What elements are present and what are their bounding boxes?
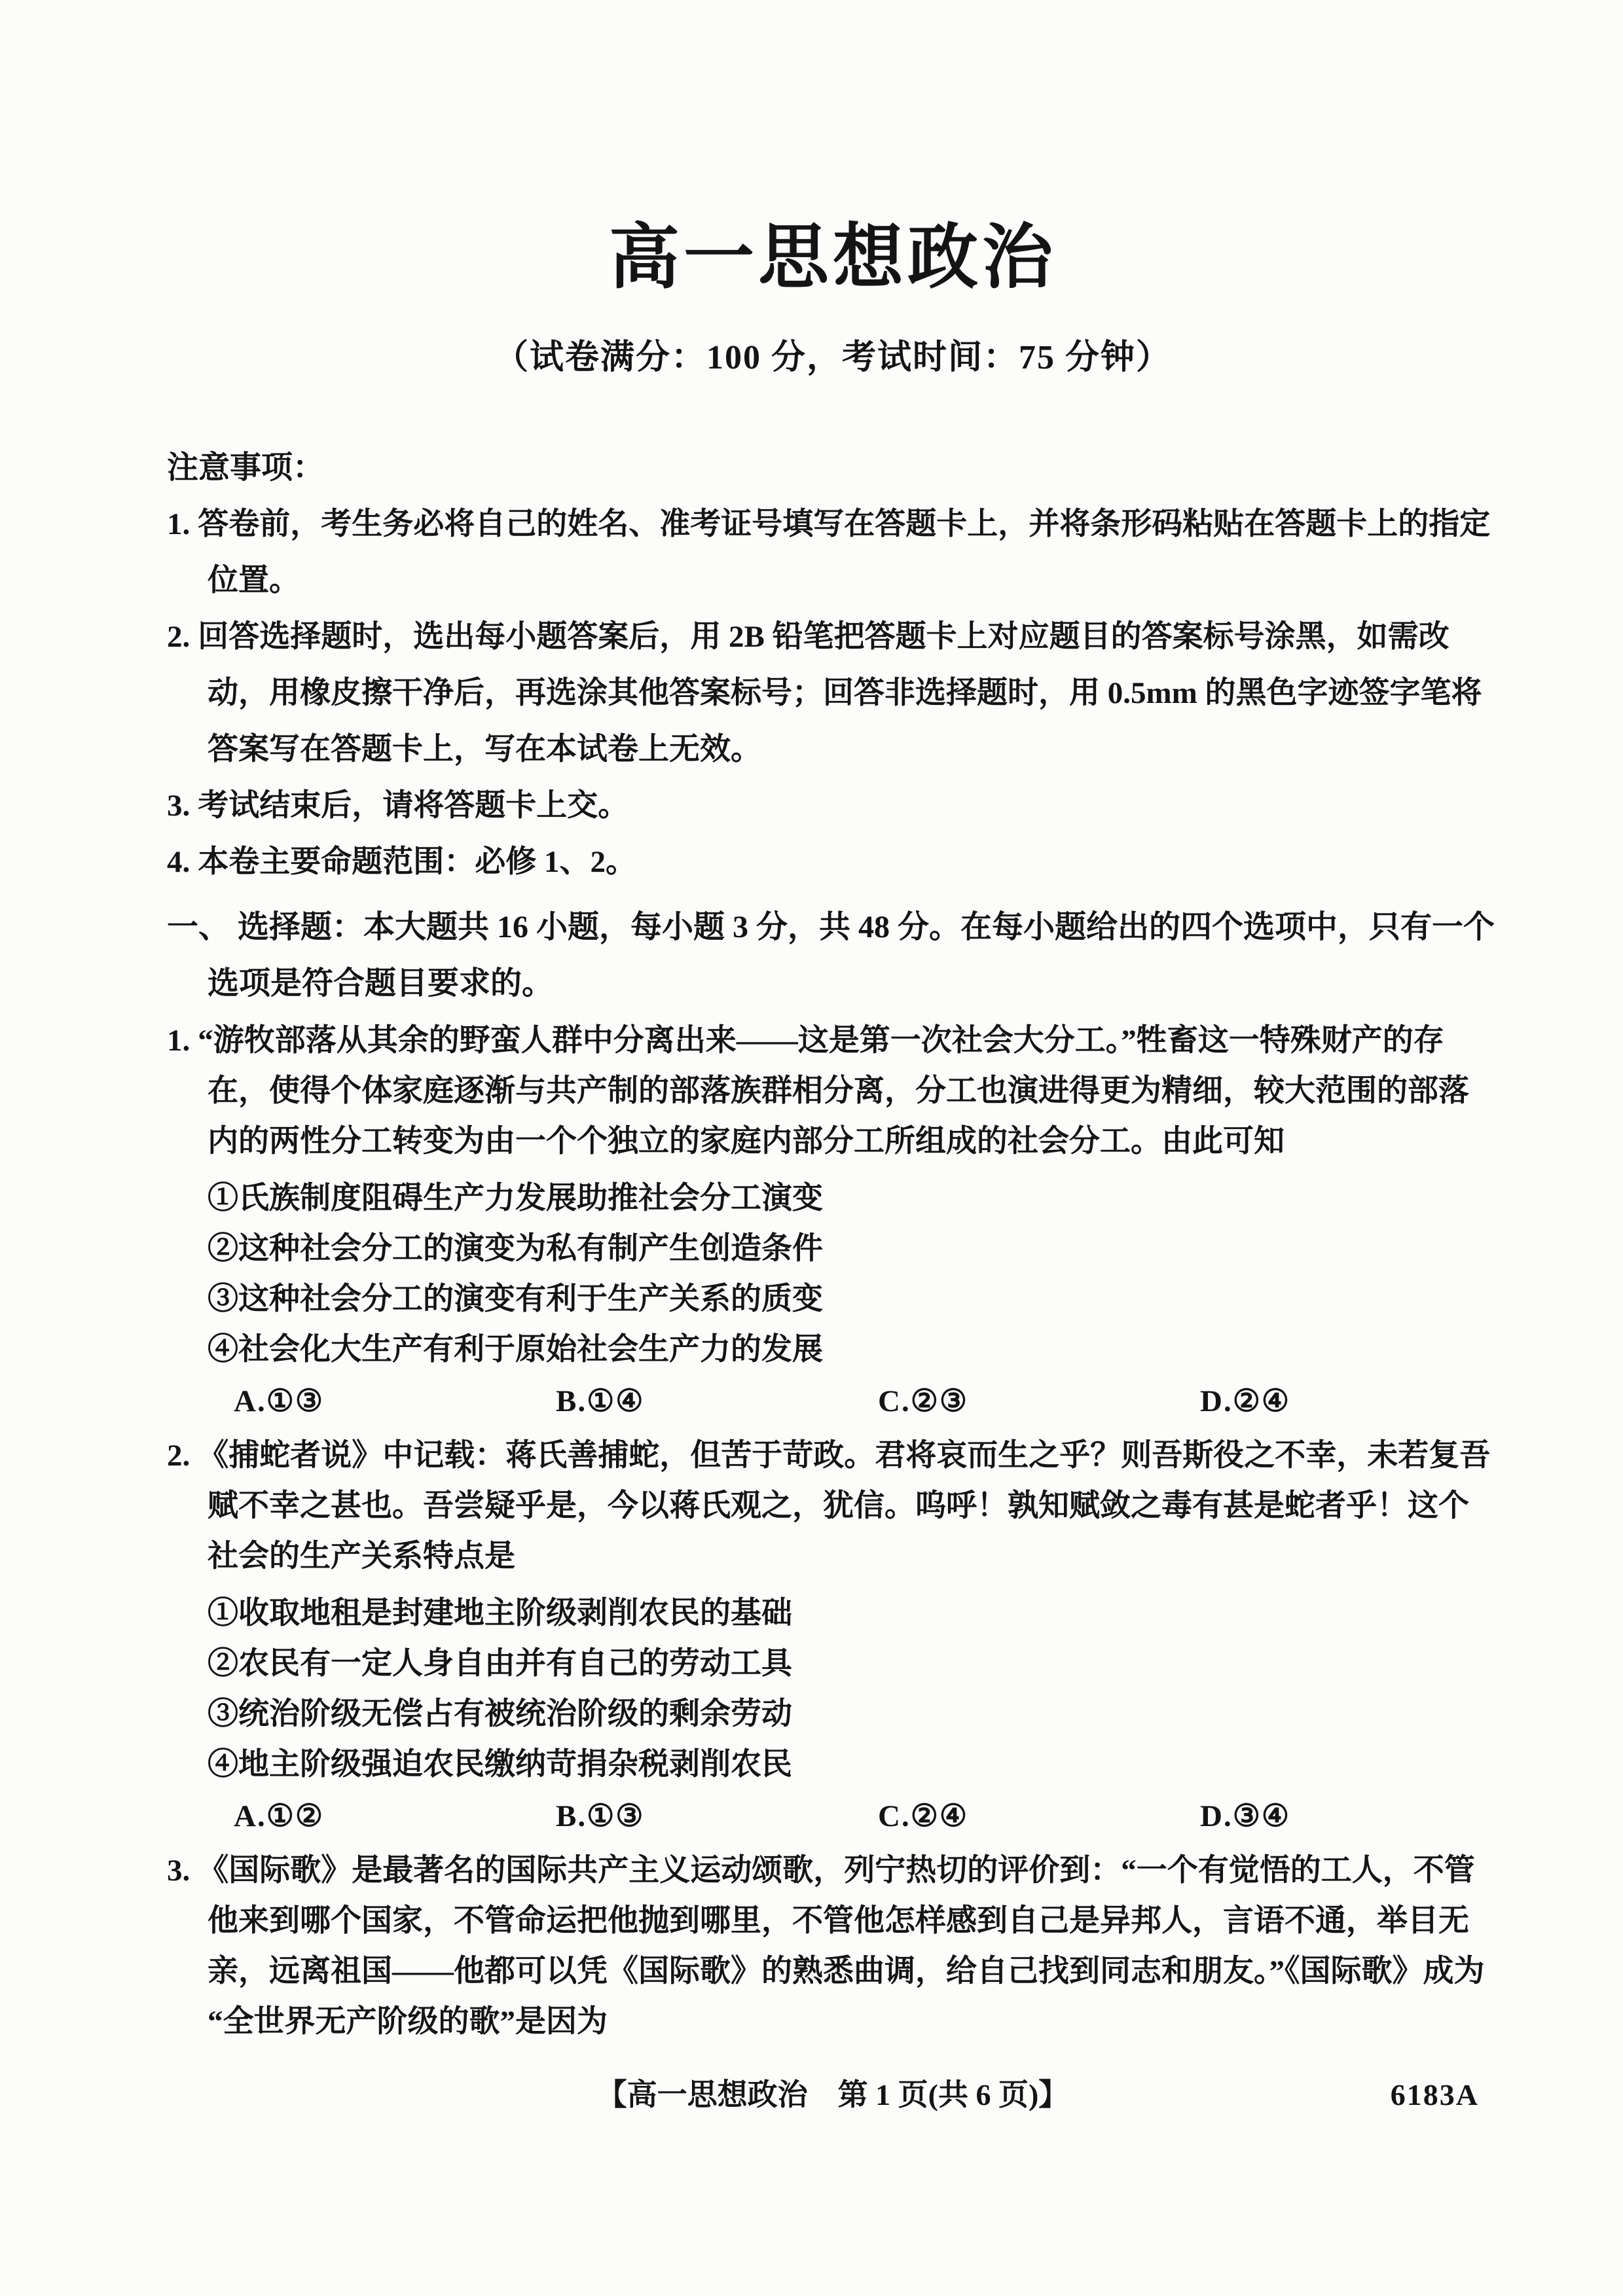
footer-paper-code: 6183A (1391, 2075, 1479, 2115)
option-b: B.①③ (556, 1791, 878, 1842)
question-number: 3. (167, 1854, 190, 1888)
note-item: 1.答卷前，考生务必将自己的姓名、准考证号填写在答题卡上，并将条形码粘贴在答题卡… (167, 496, 1499, 609)
question-stem: “游牧部落从其余的野蛮人群中分离出来——这是第一次社会大分工。”牲畜这一特殊财产… (198, 1024, 1469, 1158)
exam-meta-line: （试卷满分：100 分，考试时间：75 分钟） (167, 335, 1499, 381)
note-item: 4.本卷主要命题范围：必修 1、2。 (167, 834, 1499, 890)
option-a: A.①② (234, 1791, 556, 1842)
question-1-options: A.①③ B.①④ C.②③ D.②④ (167, 1376, 1499, 1427)
statement: ③这种社会分工的演变有利于生产关系的质变 (167, 1274, 1499, 1325)
note-item: 3.考试结束后，请将答题卡上交。 (167, 778, 1499, 834)
question-1-statements: ①氏族制度阻碍生产力发展助推社会分工演变 ②这种社会分工的演变为私有制产生创造条… (167, 1174, 1499, 1375)
question-number: 2. (167, 1439, 190, 1473)
question-2-options: A.①② B.①③ C.②④ D.③④ (167, 1791, 1499, 1842)
exam-paper-page: 高一思想政治 （试卷满分：100 分，考试时间：75 分钟） 注意事项： 1.答… (0, 0, 1623, 2296)
note-number: 4. (167, 845, 190, 879)
statement: ③统治阶级无偿占有被统治阶级的剩余劳动 (167, 1689, 1499, 1740)
question-1: 1.“游牧部落从其余的野蛮人群中分离出来——这是第一次社会大分工。”牲畜这一特殊… (167, 1016, 1499, 1167)
footer-page-label: 【高一思想政治 第 1 页(共 6 页)】 (597, 2078, 1069, 2111)
question-stem: 《捕蛇者说》中记载：蒋氏善捕蛇，但苦于苛政。君将哀而生之乎？则吾斯役之不幸，未若… (198, 1439, 1490, 1573)
section-text: 选择题：本大题共 16 小题，每小题 3 分，共 48 分。在每小题给出的四个选… (208, 910, 1495, 1001)
option-d: D.②④ (1200, 1376, 1290, 1427)
statement: ②农民有一定人身自由并有自己的劳动工具 (167, 1639, 1499, 1689)
statement: ④社会化大生产有利于原始社会生产力的发展 (167, 1325, 1499, 1375)
note-text: 答卷前，考生务必将自己的姓名、准考证号填写在答题卡上，并将条形码粘贴在答题卡上的… (198, 507, 1490, 598)
question-2-statements: ①收取地租是封建地主阶级剥削农民的基础 ②农民有一定人身自由并有自己的劳动工具 … (167, 1588, 1499, 1790)
note-text: 本卷主要命题范围：必修 1、2。 (198, 845, 636, 879)
page-footer: 【高一思想政治 第 1 页(共 6 页)】 6183A (167, 2075, 1499, 2115)
note-item: 2.回答选择题时，选出每小题答案后，用 2B 铅笔把答题卡上对应题目的答案标号涂… (167, 609, 1499, 778)
note-number: 1. (167, 507, 190, 541)
question-2: 2.《捕蛇者说》中记载：蒋氏善捕蛇，但苦于苛政。君将哀而生之乎？则吾斯役之不幸，… (167, 1431, 1499, 1582)
question-3: 3.《国际歌》是最著名的国际共产主义运动颂歌，列宁热切的评价到：“一个有觉悟的工… (167, 1846, 1499, 2047)
question-number: 1. (167, 1024, 190, 1058)
section-number: 一、 (167, 910, 230, 944)
notes-heading: 注意事项： (167, 440, 1499, 496)
option-d: D.③④ (1200, 1791, 1290, 1842)
statement: ②这种社会分工的演变为私有制产生创造条件 (167, 1224, 1499, 1274)
statement: ①收取地租是封建地主阶级剥削农民的基础 (167, 1588, 1499, 1639)
note-text: 考试结束后，请将答题卡上交。 (198, 789, 629, 823)
option-c: C.②④ (878, 1791, 1200, 1842)
page-title: 高一思想政治 (167, 216, 1499, 301)
option-c: C.②③ (878, 1376, 1200, 1427)
note-number: 2. (167, 620, 190, 654)
note-text: 回答选择题时，选出每小题答案后，用 2B 铅笔把答题卡上对应题目的答案标号涂黑，… (198, 620, 1482, 766)
option-b: B.①④ (556, 1376, 878, 1427)
question-stem: 《国际歌》是最著名的国际共产主义运动颂歌，列宁热切的评价到：“一个有觉悟的工人，… (198, 1854, 1484, 2039)
statement: ④地主阶级强迫农民缴纳苛捐杂税剥削农民 (167, 1740, 1499, 1790)
section-heading: 一、选择题：本大题共 16 小题，每小题 3 分，共 48 分。在每小题给出的四… (167, 899, 1499, 1012)
option-a: A.①③ (234, 1376, 556, 1427)
note-number: 3. (167, 789, 190, 823)
statement: ①氏族制度阻碍生产力发展助推社会分工演变 (167, 1174, 1499, 1224)
